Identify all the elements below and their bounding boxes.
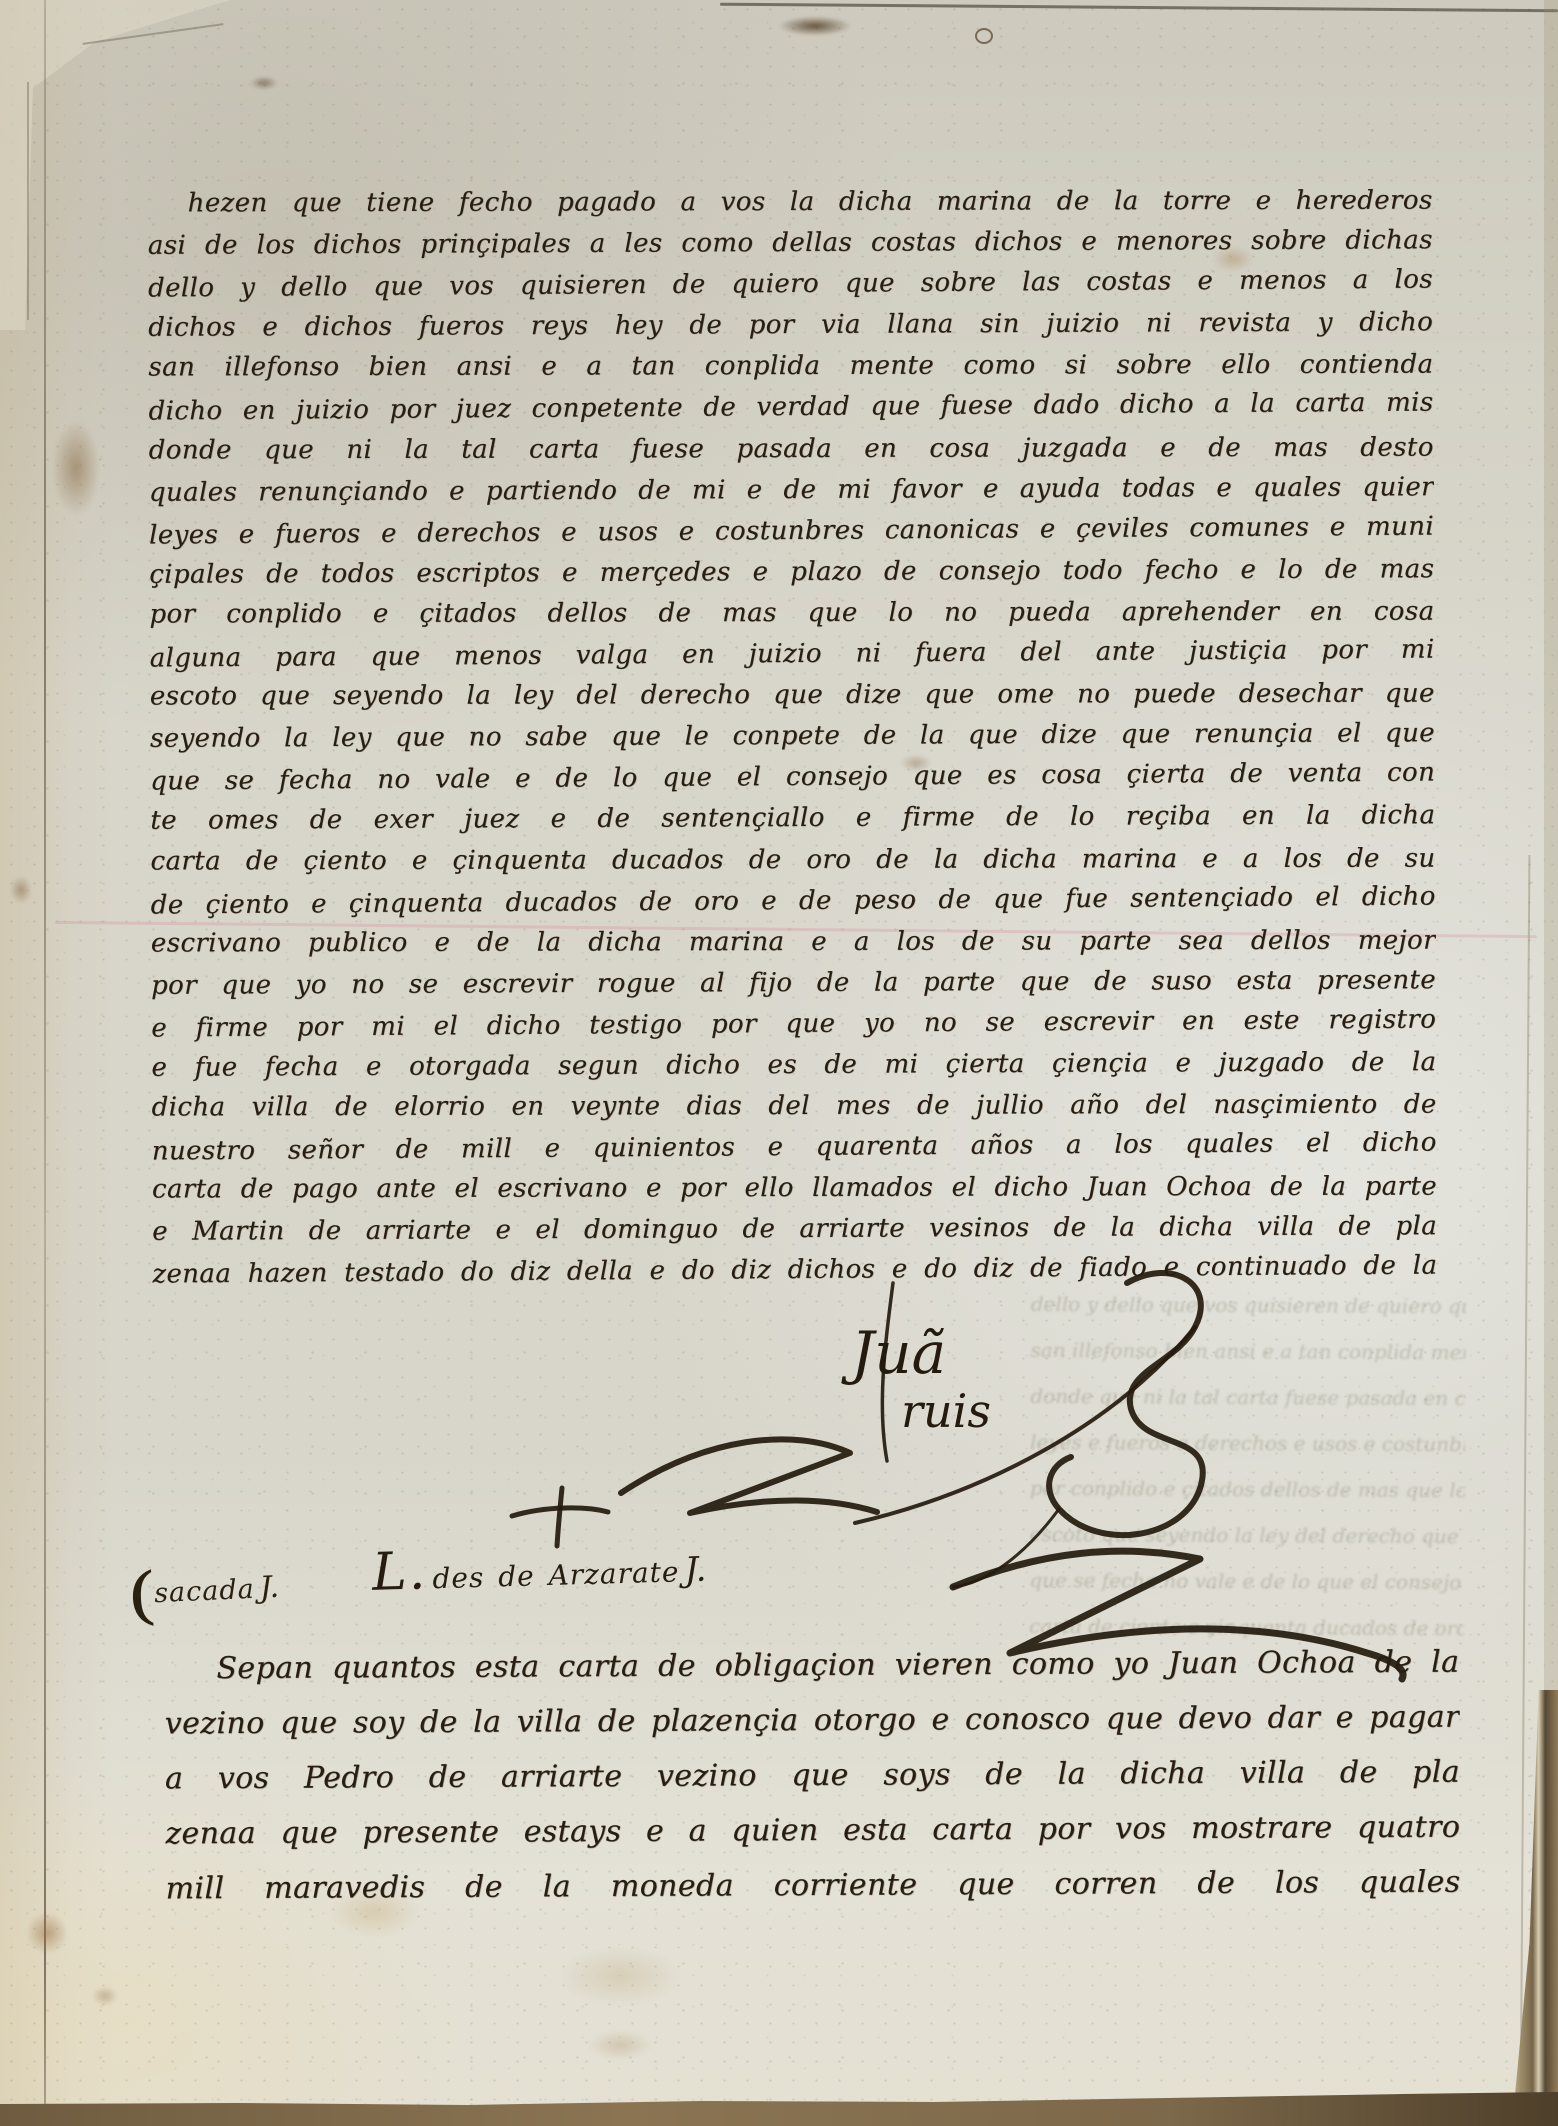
text-line: alguna para que menos valga en juizio ni… xyxy=(150,630,1435,680)
signature-paraph-loop xyxy=(1049,1273,1203,1535)
bottom-edge-band xyxy=(0,2088,1558,2126)
text-line: e firme por mi el dicho testigo por que … xyxy=(151,999,1436,1049)
text-line: mill maravedis de la moneda corriente qu… xyxy=(165,1855,1460,1917)
text-line: dichos e dichos fueros reys hey de por v… xyxy=(148,302,1433,349)
text-line: escoto que seyendo la ley del derecho qu… xyxy=(150,674,1435,718)
countersignature-text: des de Arzarate xyxy=(432,1555,680,1595)
text-line: dicha villa de elorrio en veynte dias de… xyxy=(152,1085,1437,1129)
top-edge-crack xyxy=(720,3,1558,13)
left-fold-line xyxy=(44,0,46,2126)
text-line: por que yo no se escrevir rogue al fijo … xyxy=(151,960,1436,1007)
text-line: te omes de exer juez e de sentençiallo e… xyxy=(150,796,1435,843)
text-line: leyes e fueros e derechos e usos e costu… xyxy=(149,506,1434,556)
margin-note-text: sacada xyxy=(154,1574,256,1609)
text-line: por conplido e çitados dellos de mas que… xyxy=(149,591,1434,635)
signature-name-line1: Juã xyxy=(841,1319,946,1387)
torn-edge-left xyxy=(27,82,29,320)
margin-note-paraph: J. xyxy=(259,1570,280,1606)
text-line: donde que ni la tal carta fuese pasada e… xyxy=(149,427,1434,471)
yellow-stain xyxy=(558,1946,682,2006)
bottom-text-block: Sepan quantos esta carta de obligaçion v… xyxy=(164,1635,1460,1917)
brown-stain xyxy=(92,1986,118,2006)
brown-stain xyxy=(250,76,278,90)
ink-smudge-stain xyxy=(778,16,852,36)
text-line: e fue fecha e otorgada segun dicho es de… xyxy=(151,1042,1436,1089)
manuscript-page: dello y dello que vos quisieren de quier… xyxy=(0,0,1558,2126)
torn-edge-top xyxy=(83,23,224,45)
text-line: san illefonso bien ansi e a tan conplida… xyxy=(148,345,1433,389)
text-line: hezen que tiene fecho pagado a vos la di… xyxy=(148,181,1433,225)
text-line: çipales de todos escriptos e merçedes e … xyxy=(149,549,1434,596)
yellow-stain xyxy=(588,2030,652,2060)
ink-ring-stain xyxy=(975,28,993,44)
margin-note: (sacada J. xyxy=(128,1553,280,1632)
brown-stain xyxy=(52,420,100,516)
text-line: dicho en juizio por juez conpetente de v… xyxy=(148,383,1433,433)
brown-stain xyxy=(10,876,32,904)
text-line: que se fecha no vale e de lo que el cons… xyxy=(150,753,1435,803)
text-line: Sepan quantos esta carta de obligaçion v… xyxy=(164,1635,1459,1697)
countersignature-initial: L. xyxy=(371,1541,428,1603)
text-line: quales renunçiando e partiendo de mi e d… xyxy=(149,467,1434,514)
text-line: vezino que soy de la villa de plazençia … xyxy=(165,1690,1460,1752)
signature-zigzag-left xyxy=(621,1439,877,1513)
right-crease-line xyxy=(1520,855,1531,2125)
main-text-block: hezen que tiene fecho pagado a vos la di… xyxy=(148,179,1438,1294)
text-line: nuestro señor de mill e quinientos e qua… xyxy=(152,1123,1437,1173)
countersignature-paraph: J. xyxy=(684,1550,707,1591)
text-line: de çiento e çinquenta ducados de oro e d… xyxy=(151,876,1436,926)
text-line: zenaa que presente estays e a quien esta… xyxy=(165,1800,1460,1862)
text-line: a vos Pedro de arriarte vezino que soys … xyxy=(165,1745,1460,1807)
brown-stain xyxy=(26,1912,68,1954)
signature-name-line2: ruis xyxy=(901,1384,991,1438)
margin-note-flourish: ( xyxy=(125,1558,160,1632)
right-page-edges xyxy=(1512,1690,1558,2126)
text-line: dello y dello que vos quisieren de quier… xyxy=(148,260,1433,310)
text-line: carta de pago ante el escrivano e por el… xyxy=(152,1167,1437,1211)
text-line: carta de çiento e çinquenta ducados de o… xyxy=(150,838,1435,882)
text-line: escrivano publico e de la dicha marina e… xyxy=(151,920,1436,964)
